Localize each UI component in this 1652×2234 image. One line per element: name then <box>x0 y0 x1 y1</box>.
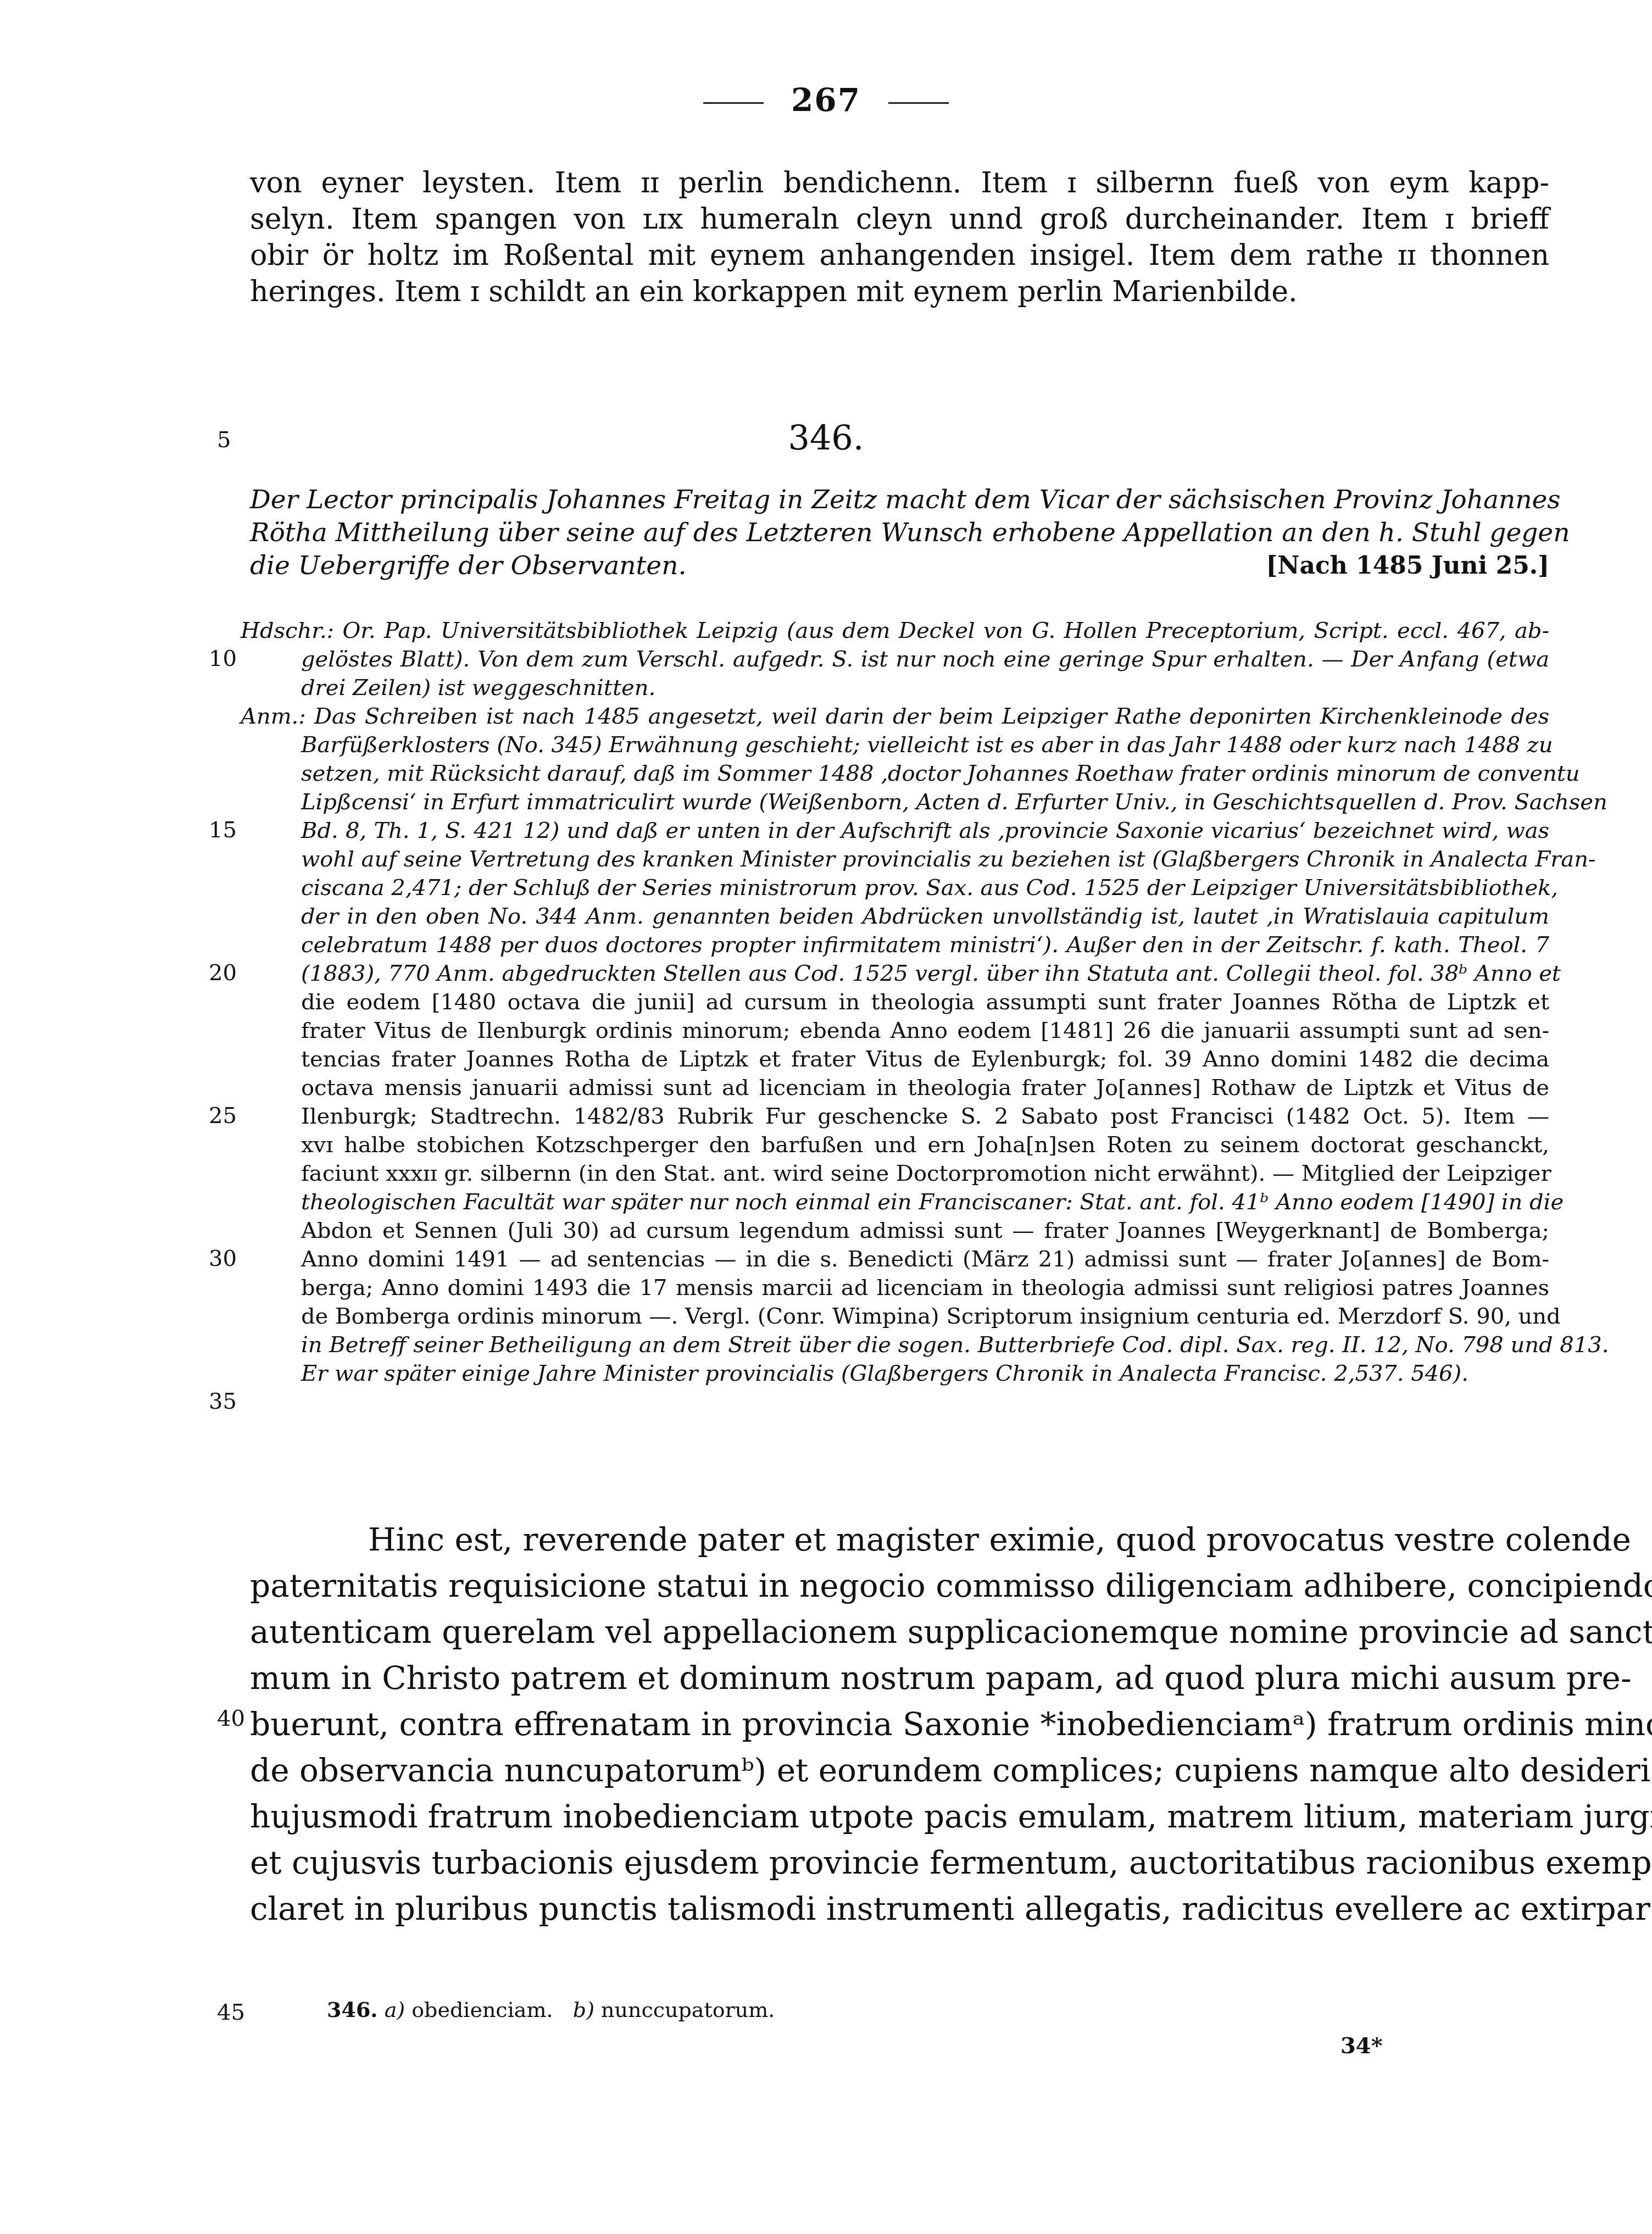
body-line: Hinc est, reverende pater et magister ex… <box>250 1516 1549 1563</box>
header-rule-right <box>888 102 949 104</box>
document-date: [Nach 1485 Juni 25.] <box>1266 549 1549 582</box>
text-line: von eyner leysten. Item ɪɪ perlin bendic… <box>250 165 1549 201</box>
line-number: 45 <box>217 2000 255 2025</box>
annotation-line: octava mensis januarii admissi sunt ad l… <box>301 1074 1549 1102</box>
body-line: buerunt, contra effrenatam in provincia … <box>250 1701 1549 1747</box>
document-page: 267 von eyner leysten. Item ɪɪ perlin be… <box>0 0 1652 2234</box>
body-line: paternitatis requisicione statui in nego… <box>250 1563 1549 1609</box>
annotation-line: Er war später einige Jahre Minister prov… <box>301 1359 1549 1388</box>
body-line: et cujusvis turbacionis ejusdem provinci… <box>250 1840 1549 1886</box>
regest-line-last: die Uebergriffe der Observanten. [Nach 1… <box>250 549 1549 582</box>
annotation-line: faciunt xxxɪɪ gr. silbernn (in den Stat.… <box>301 1159 1549 1188</box>
text-line: selyn. Item spangen von ʟɪx humeraln cle… <box>250 201 1549 237</box>
footnote-doc-number: 346. <box>327 1997 378 2022</box>
manuscript-note-line: gelöstes Blatt). Von dem zum Verschl. au… <box>301 645 1549 674</box>
annotation-line: die eodem [1480 octava die junii] ad cur… <box>301 988 1549 1016</box>
annotation-line: xvɪ halbe stobichen Kotzschperger den ba… <box>301 1131 1549 1159</box>
annotation-line: Anno domini 1491 — ad sentencias — in di… <box>301 1245 1549 1274</box>
annotation-line: der in den oben No. 344 Anm. genannten b… <box>301 902 1549 931</box>
annotation-line: setzen, mit Rücksicht darauf, daß im Som… <box>301 759 1549 788</box>
annotation-line: wohl auf seine Vertretung des kranken Mi… <box>301 845 1549 874</box>
annotation-line: Bd. 8, Th. 1, S. 421 12) und daß er unte… <box>301 816 1549 845</box>
footnote-a-text: obedienciam. <box>411 1998 553 2022</box>
annotation-line: tencias frater Joannes Rotha de Liptzk e… <box>301 1045 1549 1074</box>
regest-text: die Uebergriffe der Observanten. <box>250 549 686 582</box>
line-number: 20 <box>209 960 247 986</box>
annotation-line: Lipßcensi‘ in Erfurt immatriculirt wurde… <box>301 788 1549 816</box>
page-number-header: 267 <box>0 81 1652 119</box>
text-line: obir ör holtz im Roßental mit eynem anha… <box>250 237 1549 274</box>
textual-footnotes: 346. a) obedienciam. b) nunccupatorum. <box>327 1997 775 2022</box>
annotation-line: de Bomberga ordinis minorum —. Vergl. (C… <box>301 1302 1549 1331</box>
annotation-line: Abdon et Sennen (Juli 30) ad cursum lege… <box>301 1216 1549 1245</box>
annotation-line: (1883), 770 Anm. abgedruckten Stellen au… <box>301 959 1549 988</box>
line-number: 25 <box>209 1103 247 1129</box>
line-number: 10 <box>209 646 247 671</box>
regest-line: Rötha Mittheilung über seine auf des Let… <box>250 516 1549 549</box>
printer-signature: 34* <box>1340 2033 1383 2059</box>
body-line: de observancia nuncupatorumᵇ) et eorunde… <box>250 1747 1549 1793</box>
annotation-line: Anm.: Das Schreiben ist nach 1485 angese… <box>241 702 1549 731</box>
page-number: 267 <box>791 81 861 119</box>
annotation-line: Barfüßerklosters (No. 345) Erwähnung ges… <box>301 731 1549 759</box>
footnote-b-label: b) <box>573 1998 594 2022</box>
header-rule-left <box>703 102 764 104</box>
line-number: 15 <box>209 818 247 843</box>
document-number: 346. <box>0 418 1652 458</box>
document-body-text: Hinc est, reverende pater et magister ex… <box>250 1516 1549 1932</box>
annotation-line: ciscana 2,471; der Schluß der Series min… <box>301 874 1549 902</box>
manuscript-note-line: Hdschr.: Or. Pap. Universitätsbibliothek… <box>241 616 1549 645</box>
annotation-line: frater Vitus de Ilenburgk ordinis minoru… <box>301 1016 1549 1045</box>
footnote-a-label: a) <box>385 1998 405 2022</box>
body-line: hujusmodi fratrum inobedienciam utpote p… <box>250 1793 1549 1840</box>
manuscript-note-line: drei Zeilen) ist weggeschnitten. <box>301 674 1549 702</box>
annotation-line: celebratum 1488 per duos doctores propte… <box>301 931 1549 959</box>
body-line: mum in Christo patrem et dominum nostrum… <box>250 1655 1549 1701</box>
line-number: 30 <box>209 1246 247 1271</box>
text-line: heringes. Item ɪ schildt an ein korkappe… <box>250 274 1549 310</box>
regest-line: Der Lector principalis Johannes Freitag … <box>250 484 1549 516</box>
document-regest: Der Lector principalis Johannes Freitag … <box>250 484 1549 582</box>
previous-document-continuation: von eyner leysten. Item ɪɪ perlin bendic… <box>250 165 1549 310</box>
annotation-line: berga; Anno domini 1493 die 17 mensis ma… <box>301 1274 1549 1302</box>
footnote-b-text: nunccupatorum. <box>601 1998 775 2022</box>
line-number: 35 <box>209 1389 247 1414</box>
body-line: claret in pluribus punctis talismodi ins… <box>250 1886 1549 1932</box>
annotation-line: theologischen Facultät war später nur no… <box>301 1188 1549 1216</box>
annotation-line: Ilenburgk; Stadtrechn. 1482/83 Rubrik Fu… <box>301 1102 1549 1131</box>
body-line: autenticam querelam vel appellacionem su… <box>250 1609 1549 1655</box>
editorial-notes: Hdschr.: Or. Pap. Universitätsbibliothek… <box>301 616 1549 1388</box>
annotation-line: in Betreff seiner Betheiligung an dem St… <box>301 1331 1549 1359</box>
